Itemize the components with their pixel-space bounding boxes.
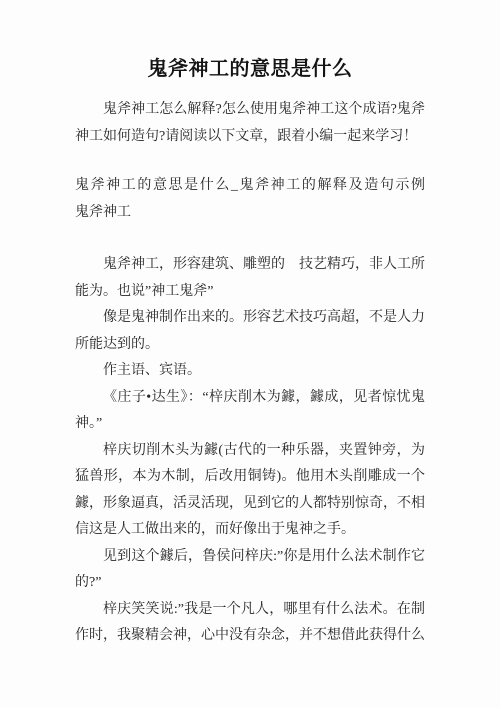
- usage-paragraph: 作主语、宾语。: [75, 358, 425, 385]
- explanation-paragraph: 像是鬼神制作出来的。形容艺术技巧高超，不是人力所能达到的。: [75, 305, 425, 358]
- page-title: 鬼斧神工的意思是什么: [75, 54, 425, 84]
- document-page: 鬼斧神工的意思是什么 鬼斧神工怎么解释?怎么使用鬼斧神工这个成语?鬼斧神工如何造…: [0, 0, 500, 708]
- source-quote-paragraph: 《庄子•达生》：“梓庆削木为鐻，鐻成，见者惊忧鬼神。”: [75, 385, 425, 438]
- article-body: 鬼斧神工怎么解释?怎么使用鬼斧神工这个成语?鬼斧神工如何造句?请阅读以下文章，跟…: [75, 97, 425, 650]
- story-paragraph-3: 梓庆笑笑说:”我是一个凡人，哪里有什么法术。在制作时，我聚精会神，心中没有杂念，…: [75, 597, 425, 650]
- story-paragraph-2: 见到这个鐻后，鲁侯问梓庆:”你是用什么法术制作它的?”: [75, 544, 425, 597]
- subtitle-paragraph: 鬼斧神工的意思是什么_鬼斧神工的解释及造句示例 鬼斧神工: [75, 173, 425, 226]
- intro-paragraph: 鬼斧神工怎么解释?怎么使用鬼斧神工这个成语?鬼斧神工如何造句?请阅读以下文章，跟…: [75, 97, 425, 150]
- definition-paragraph: 鬼斧神工，形容建筑、雕塑的 技艺精巧，非人工所能为。也说”神工鬼斧”: [75, 252, 425, 305]
- story-paragraph-1: 梓庆切削木头为鐻(古代的一种乐器，夹置钟旁，为猛兽形，本为木制，后改用铜铸)。他…: [75, 438, 425, 544]
